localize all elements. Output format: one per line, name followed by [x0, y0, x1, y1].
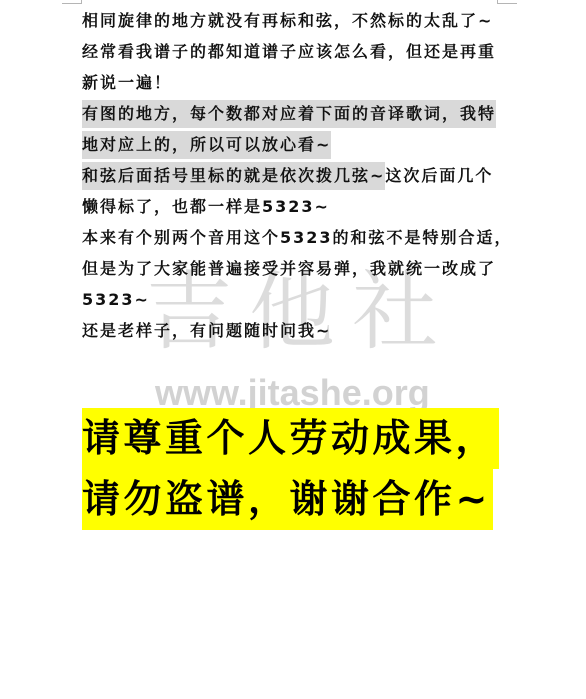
copyright-notice: 请尊重个人劳动成果， 请勿盗谱，谢谢合作~	[82, 408, 499, 530]
text-line: 懒得标了，也都一样是5323~	[82, 190, 502, 221]
notice-text: 请勿盗谱，谢谢合作~	[82, 469, 493, 530]
text-line-partial-highlight: 和弦后面括号里标的就是依次拨几弦~这次后面几个	[82, 159, 502, 190]
text-line: 本来有个别两个音用这个5323的和弦不是特别合适，	[82, 221, 502, 252]
notice-line: 请勿盗谱，谢谢合作~	[82, 469, 499, 530]
text-line: 新说一遍！	[82, 66, 502, 97]
text-segment: 新说一遍！	[82, 69, 172, 97]
highlighted-text-segment: 和弦后面括号里标的就是依次拨几弦~	[82, 162, 385, 190]
text-segment: 还是老样子，有问题随时问我~	[82, 317, 331, 345]
text-line-highlighted: 地对应上的，所以可以放心看~	[82, 128, 502, 159]
text-segment: 5323~	[82, 286, 150, 314]
document-page: 吉他社 www.jitashe.org 相同旋律的地方就没有再标和弦，不然标的太…	[0, 0, 586, 699]
margin-mark-top-left-h	[62, 3, 81, 4]
text-segment: 经常看我谱子的都知道谱子应该怎么看，但还是再重	[82, 38, 496, 66]
text-segment: 这次后面几个	[385, 162, 493, 190]
text-line: 5323~	[82, 283, 502, 314]
text-line: 还是老样子，有问题随时问我~	[82, 314, 502, 345]
text-segment: 但是为了大家能普遍接受并容易弹，我就统一改成了	[82, 255, 496, 283]
notice-text: 请尊重个人劳动成果，	[82, 408, 499, 469]
text-line-highlighted: 有图的地方，每个数都对应着下面的音译歌词，我特	[82, 97, 502, 128]
body-text: 相同旋律的地方就没有再标和弦，不然标的太乱了~ 经常看我谱子的都知道谱子应该怎么…	[82, 4, 502, 345]
text-line: 经常看我谱子的都知道谱子应该怎么看，但还是再重	[82, 35, 502, 66]
text-segment: 懒得标了，也都一样是5323~	[82, 193, 330, 221]
text-line: 相同旋律的地方就没有再标和弦，不然标的太乱了~	[82, 4, 502, 35]
text-line: 但是为了大家能普遍接受并容易弹，我就统一改成了	[82, 252, 502, 283]
notice-line: 请尊重个人劳动成果，	[82, 408, 499, 469]
highlighted-text-segment: 地对应上的，所以可以放心看~	[82, 131, 331, 159]
text-segment: 相同旋律的地方就没有再标和弦，不然标的太乱了~	[82, 7, 493, 35]
text-segment: 本来有个别两个音用这个5323的和弦不是特别合适，	[82, 224, 513, 252]
highlighted-text-segment: 有图的地方，每个数都对应着下面的音译歌词，我特	[82, 100, 496, 128]
